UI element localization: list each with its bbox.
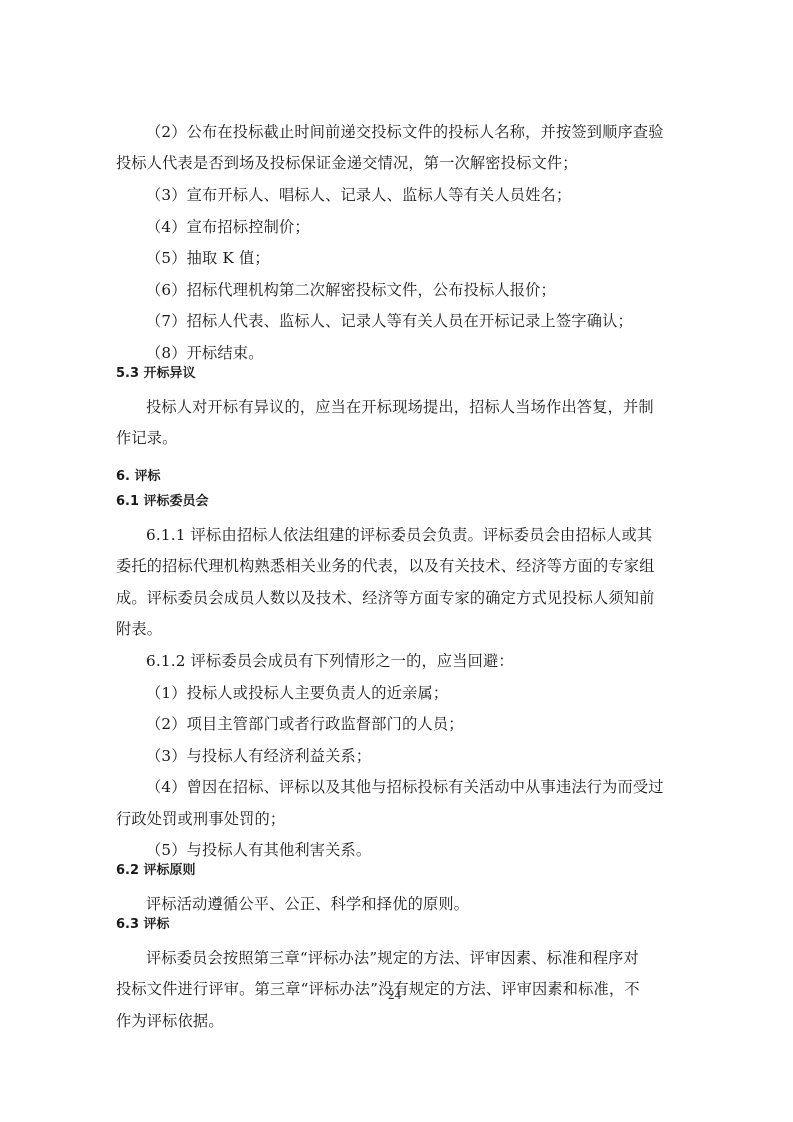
paragraph-6-3-line2: 投标文件进行评审。第三章“评标办法”没有规定的方法、评审因素和标准，不 — [116, 979, 640, 999]
heading-6: 6. 评标 — [116, 468, 161, 486]
paragraph-6-3-line3: 作为评标依据。 — [116, 1011, 224, 1031]
heading-6-2: 6.2 评标原则 — [116, 862, 196, 880]
avoid-item-1: （1）投标人或投标人主要负责人的近亲属； — [146, 683, 448, 703]
list-item-2-cont: 投标人代表是否到场及投标保证金递交情况，第一次解密投标文件； — [116, 153, 578, 173]
heading-6-3: 6.3 评标 — [116, 916, 170, 934]
paragraph-5-3-line1: 投标人对开标有异议的，应当在开标现场提出，招标人当场作出答复，并制 — [146, 397, 654, 417]
avoid-item-5: （5）与投标人有其他利害关系。 — [146, 840, 371, 860]
avoid-item-4-cont: 行政处罚或刑事处罚的； — [116, 809, 285, 829]
avoid-item-3: （3）与投标人有经济利益关系； — [146, 746, 371, 766]
paragraph-6-1-1-line3: 成。评标委员会成员人数以及技术、经济等方面专家的确定方式见投标人须知前 — [116, 588, 655, 608]
list-item-6: （6）招标代理机构第二次解密投标文件，公布投标人报价； — [146, 280, 556, 300]
list-item-3: （3）宣布开标人、唱标人、记录人、监标人等有关人员姓名； — [146, 185, 571, 205]
paragraph-6-2: 评标活动遵循公平、公正、科学和择优的原则。 — [146, 894, 469, 914]
heading-6-1: 6.1 评标委员会 — [116, 493, 209, 511]
paragraph-6-1-1-line2: 委托的招标代理机构熟悉相关业务的代表，以及有关技术、经济等方面的专家组 — [116, 556, 655, 576]
avoid-item-4: （4）曾因在招标、评标以及其他与招标投标有关活动中从事违法行为而受过 — [146, 777, 664, 797]
paragraph-5-3-line2: 作记录。 — [116, 428, 178, 448]
list-item-7: （7）招标人代表、监标人、记录人等有关人员在开标记录上签字确认； — [146, 311, 633, 331]
list-item-5: （5）抽取 K 值； — [146, 248, 270, 268]
paragraph-6-1-2: 6.1.2 评标委员会成员有下列情形之一的，应当回避： — [146, 651, 514, 671]
heading-5-3: 5.3 开标异议 — [116, 365, 196, 383]
paragraph-6-1-1-line4: 附表。 — [116, 619, 162, 639]
paragraph-6-1-1-line1: 6.1.1 评标由招标人依法组建的评标委员会负责。评标委员会由招标人或其 — [146, 525, 652, 545]
paragraph-6-3-line1: 评标委员会按照第三章“评标办法”规定的方法、评审因素、标准和程序对 — [146, 948, 639, 968]
list-item-8: （8）开标结束。 — [146, 343, 264, 363]
page-number: 24 — [388, 987, 401, 1003]
list-item-2: （2）公布在投标截止时间前递交投标文件的投标人名称，并按签到顺序查验 — [146, 122, 664, 142]
avoid-item-2: （2）项目主管部门或者行政监督部门的人员； — [146, 714, 464, 734]
list-item-4: （4）宣布招标控制价； — [146, 217, 310, 237]
